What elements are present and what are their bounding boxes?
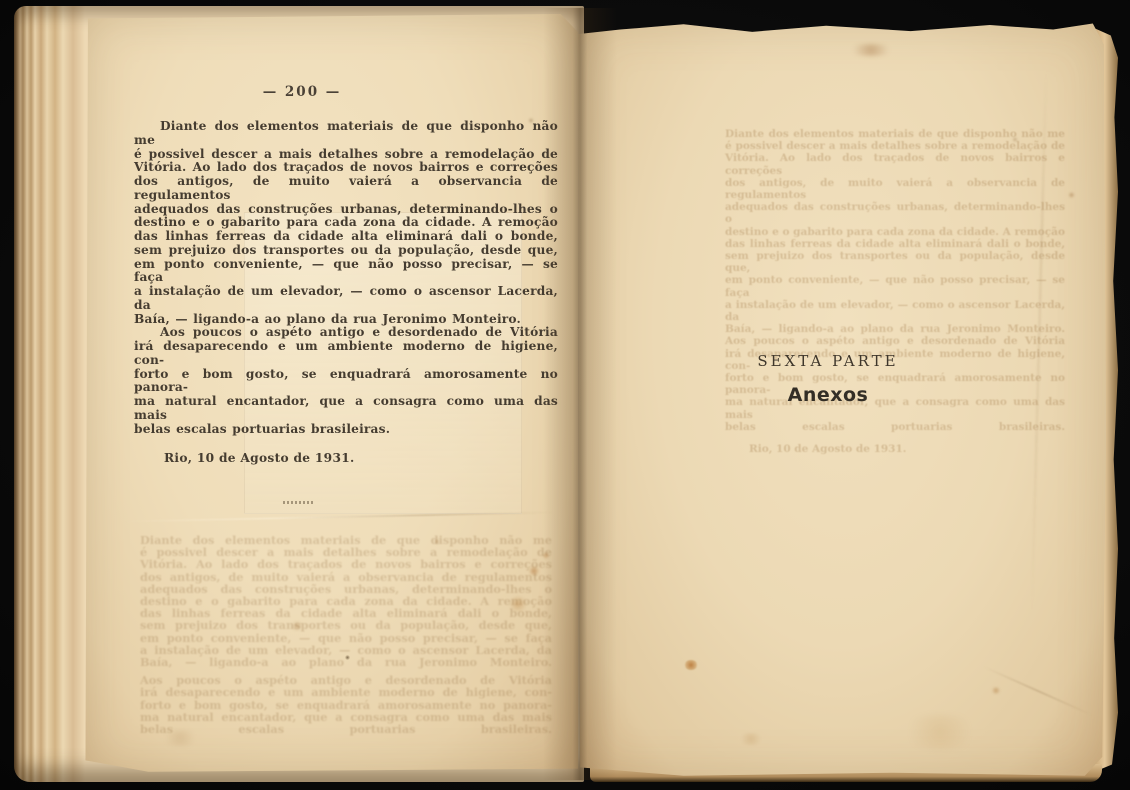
foxing-spot	[542, 552, 550, 559]
foxing-spot	[738, 733, 764, 745]
dateline: Rio, 10 de Agosto de 1931.	[134, 452, 558, 466]
foxing-stain	[160, 730, 200, 746]
part-heading: SEXTA PARTE Anexos	[578, 352, 1078, 406]
foxing-spot	[434, 539, 440, 544]
foxing-spot	[991, 687, 1001, 694]
showthrough-paragraph: Diante dos elementos materiais de que di…	[725, 128, 1065, 335]
part-title: SEXTA PARTE	[578, 352, 1078, 370]
foxing-spot	[1012, 137, 1018, 142]
foxing-spot	[684, 660, 698, 670]
foxing-stain	[900, 715, 980, 749]
page-number: — 200 —	[134, 84, 470, 100]
showthrough-text-right: Diante dos elementos materiais de que di…	[725, 128, 1065, 455]
foxing-spot	[528, 118, 534, 123]
part-subtitle: Anexos	[578, 384, 1078, 406]
showthrough-paragraph: Aos poucos o aspéto antigo e desordenado…	[140, 674, 552, 735]
left-page: Diante dos elementos materiais de que di…	[84, 14, 578, 774]
showthrough-dateline: Rio, 10 de Agosto de 1931.	[725, 443, 1065, 455]
foxing-spot	[345, 655, 350, 660]
foxing-spot	[291, 621, 303, 631]
left-page-text: Diante dos elementos materiais de que di…	[134, 120, 558, 466]
paragraph-1: Diante dos elementos materiais de que di…	[134, 120, 558, 326]
foxing-spot	[508, 596, 528, 612]
showthrough-paragraph: Diante dos elementos materiais de que di…	[140, 534, 552, 668]
book-photo: Diante dos elementos materiais de que di…	[0, 0, 1130, 790]
right-page: Diante dos elementos materiais de que di…	[578, 22, 1106, 778]
paragraph-2: Aos poucos o aspéto antigo e desordenado…	[134, 326, 558, 436]
foxing-spot	[1068, 192, 1075, 198]
showthrough-text-left: Diante dos elementos materiais de que di…	[140, 534, 552, 741]
printer-imprint	[283, 501, 315, 504]
foxing-spot	[846, 44, 896, 56]
foxing-spot	[528, 566, 540, 576]
